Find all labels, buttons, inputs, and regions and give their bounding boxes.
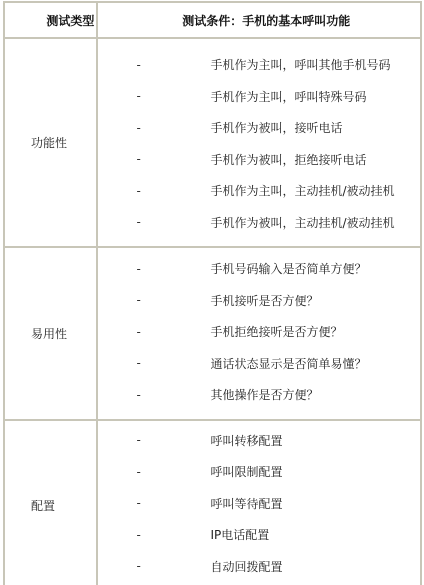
list-item: -手机作为被叫，主动挂机/被动挂机 xyxy=(98,207,420,239)
item-text: 手机拒绝接听是否方便？ xyxy=(176,323,342,340)
item-text: 自动回拨配置 xyxy=(176,558,282,575)
item-text: 手机作为被叫，主动挂机/被动挂机 xyxy=(176,214,394,231)
bullet-dash: - xyxy=(98,215,176,229)
bullet-dash: - xyxy=(98,356,176,370)
item-text: 手机号码输入是否简单方便？ xyxy=(176,260,366,277)
bullet-dash: - xyxy=(98,388,176,402)
list-item: -呼叫转移配置 xyxy=(98,425,420,457)
bullet-dash: - xyxy=(98,496,176,510)
item-text: 手机作为主叫，呼叫特殊号码 xyxy=(176,88,366,105)
group-row-configuration: 配置 -呼叫转移配置 -呼叫限制配置 -呼叫等待配置 -IP电话配置 -自动回拨… xyxy=(4,420,421,585)
list-item: -自动回拨配置 xyxy=(98,551,420,583)
list-item: -手机号码输入是否简单方便？ xyxy=(98,253,420,285)
item-text: 手机作为主叫，主动挂机/被动挂机 xyxy=(176,182,394,199)
list-item: -呼叫限制配置 xyxy=(98,456,420,488)
bullet-dash: - xyxy=(98,293,176,307)
test-conditions-table: 测试类型 测试条件：手机的基本呼叫功能 功能性 -手机作为主叫，呼叫其他手机号码… xyxy=(3,1,422,585)
header-test-type: 测试类型 xyxy=(4,2,97,38)
list-item: -手机接听是否方便？ xyxy=(98,285,420,317)
list-item: -手机作为被叫，拒绝接听电话 xyxy=(98,144,420,176)
list-item: -手机作为主叫，呼叫其他手机号码 xyxy=(98,49,420,81)
bullet-dash: - xyxy=(98,152,176,166)
bullet-dash: - xyxy=(98,89,176,103)
list-item: -其他操作是否方便？ xyxy=(98,379,420,411)
type-label-usability: 易用性 xyxy=(4,247,97,420)
condition-list: -手机作为主叫，呼叫其他手机号码 -手机作为主叫，呼叫特殊号码 -手机作为被叫，… xyxy=(98,39,420,246)
list-item: -IP电话配置 xyxy=(98,519,420,551)
item-text: 通话状态显示是否简单易懂？ xyxy=(176,355,366,372)
conditions-cell: -手机作为主叫，呼叫其他手机号码 -手机作为主叫，呼叫特殊号码 -手机作为被叫，… xyxy=(97,38,421,247)
bullet-dash: - xyxy=(98,528,176,542)
conditions-cell: -手机号码输入是否简单方便？ -手机接听是否方便？ -手机拒绝接听是否方便？ -… xyxy=(97,247,421,420)
type-label-functionality: 功能性 xyxy=(4,38,97,247)
conditions-cell: -呼叫转移配置 -呼叫限制配置 -呼叫等待配置 -IP电话配置 -自动回拨配置 xyxy=(97,420,421,585)
item-text: 手机作为被叫，拒绝接听电话 xyxy=(176,151,366,168)
bullet-dash: - xyxy=(98,325,176,339)
type-label-configuration: 配置 xyxy=(4,420,97,585)
header-row: 测试类型 测试条件：手机的基本呼叫功能 xyxy=(4,2,421,38)
bullet-dash: - xyxy=(98,433,176,447)
list-item: -手机拒绝接听是否方便？ xyxy=(98,316,420,348)
list-item: -手机作为被叫，接听电话 xyxy=(98,112,420,144)
item-text: IP电话配置 xyxy=(176,526,269,543)
list-item: -通话状态显示是否简单易懂？ xyxy=(98,348,420,380)
item-text: 其他操作是否方便？ xyxy=(176,386,318,403)
header-test-condition: 测试条件：手机的基本呼叫功能 xyxy=(97,2,421,38)
bullet-dash: - xyxy=(98,121,176,135)
condition-list: -手机号码输入是否简单方便？ -手机接听是否方便？ -手机拒绝接听是否方便？ -… xyxy=(98,248,420,419)
item-text: 手机接听是否方便？ xyxy=(176,292,318,309)
list-item: -手机作为主叫，呼叫特殊号码 xyxy=(98,81,420,113)
condition-list: -呼叫转移配置 -呼叫限制配置 -呼叫等待配置 -IP电话配置 -自动回拨配置 xyxy=(98,421,420,585)
group-row-functionality: 功能性 -手机作为主叫，呼叫其他手机号码 -手机作为主叫，呼叫特殊号码 -手机作… xyxy=(4,38,421,247)
item-text: 手机作为被叫，接听电话 xyxy=(176,119,342,136)
list-item: -呼叫等待配置 xyxy=(98,488,420,520)
bullet-dash: - xyxy=(98,58,176,72)
item-text: 呼叫限制配置 xyxy=(176,463,282,480)
group-row-usability: 易用性 -手机号码输入是否简单方便？ -手机接听是否方便？ -手机拒绝接听是否方… xyxy=(4,247,421,420)
bullet-dash: - xyxy=(98,465,176,479)
item-text: 呼叫转移配置 xyxy=(176,432,282,449)
bullet-dash: - xyxy=(98,184,176,198)
item-text: 呼叫等待配置 xyxy=(176,495,282,512)
item-text: 手机作为主叫，呼叫其他手机号码 xyxy=(176,56,390,73)
bullet-dash: - xyxy=(98,262,176,276)
bullet-dash: - xyxy=(98,559,176,573)
list-item: -手机作为主叫，主动挂机/被动挂机 xyxy=(98,175,420,207)
